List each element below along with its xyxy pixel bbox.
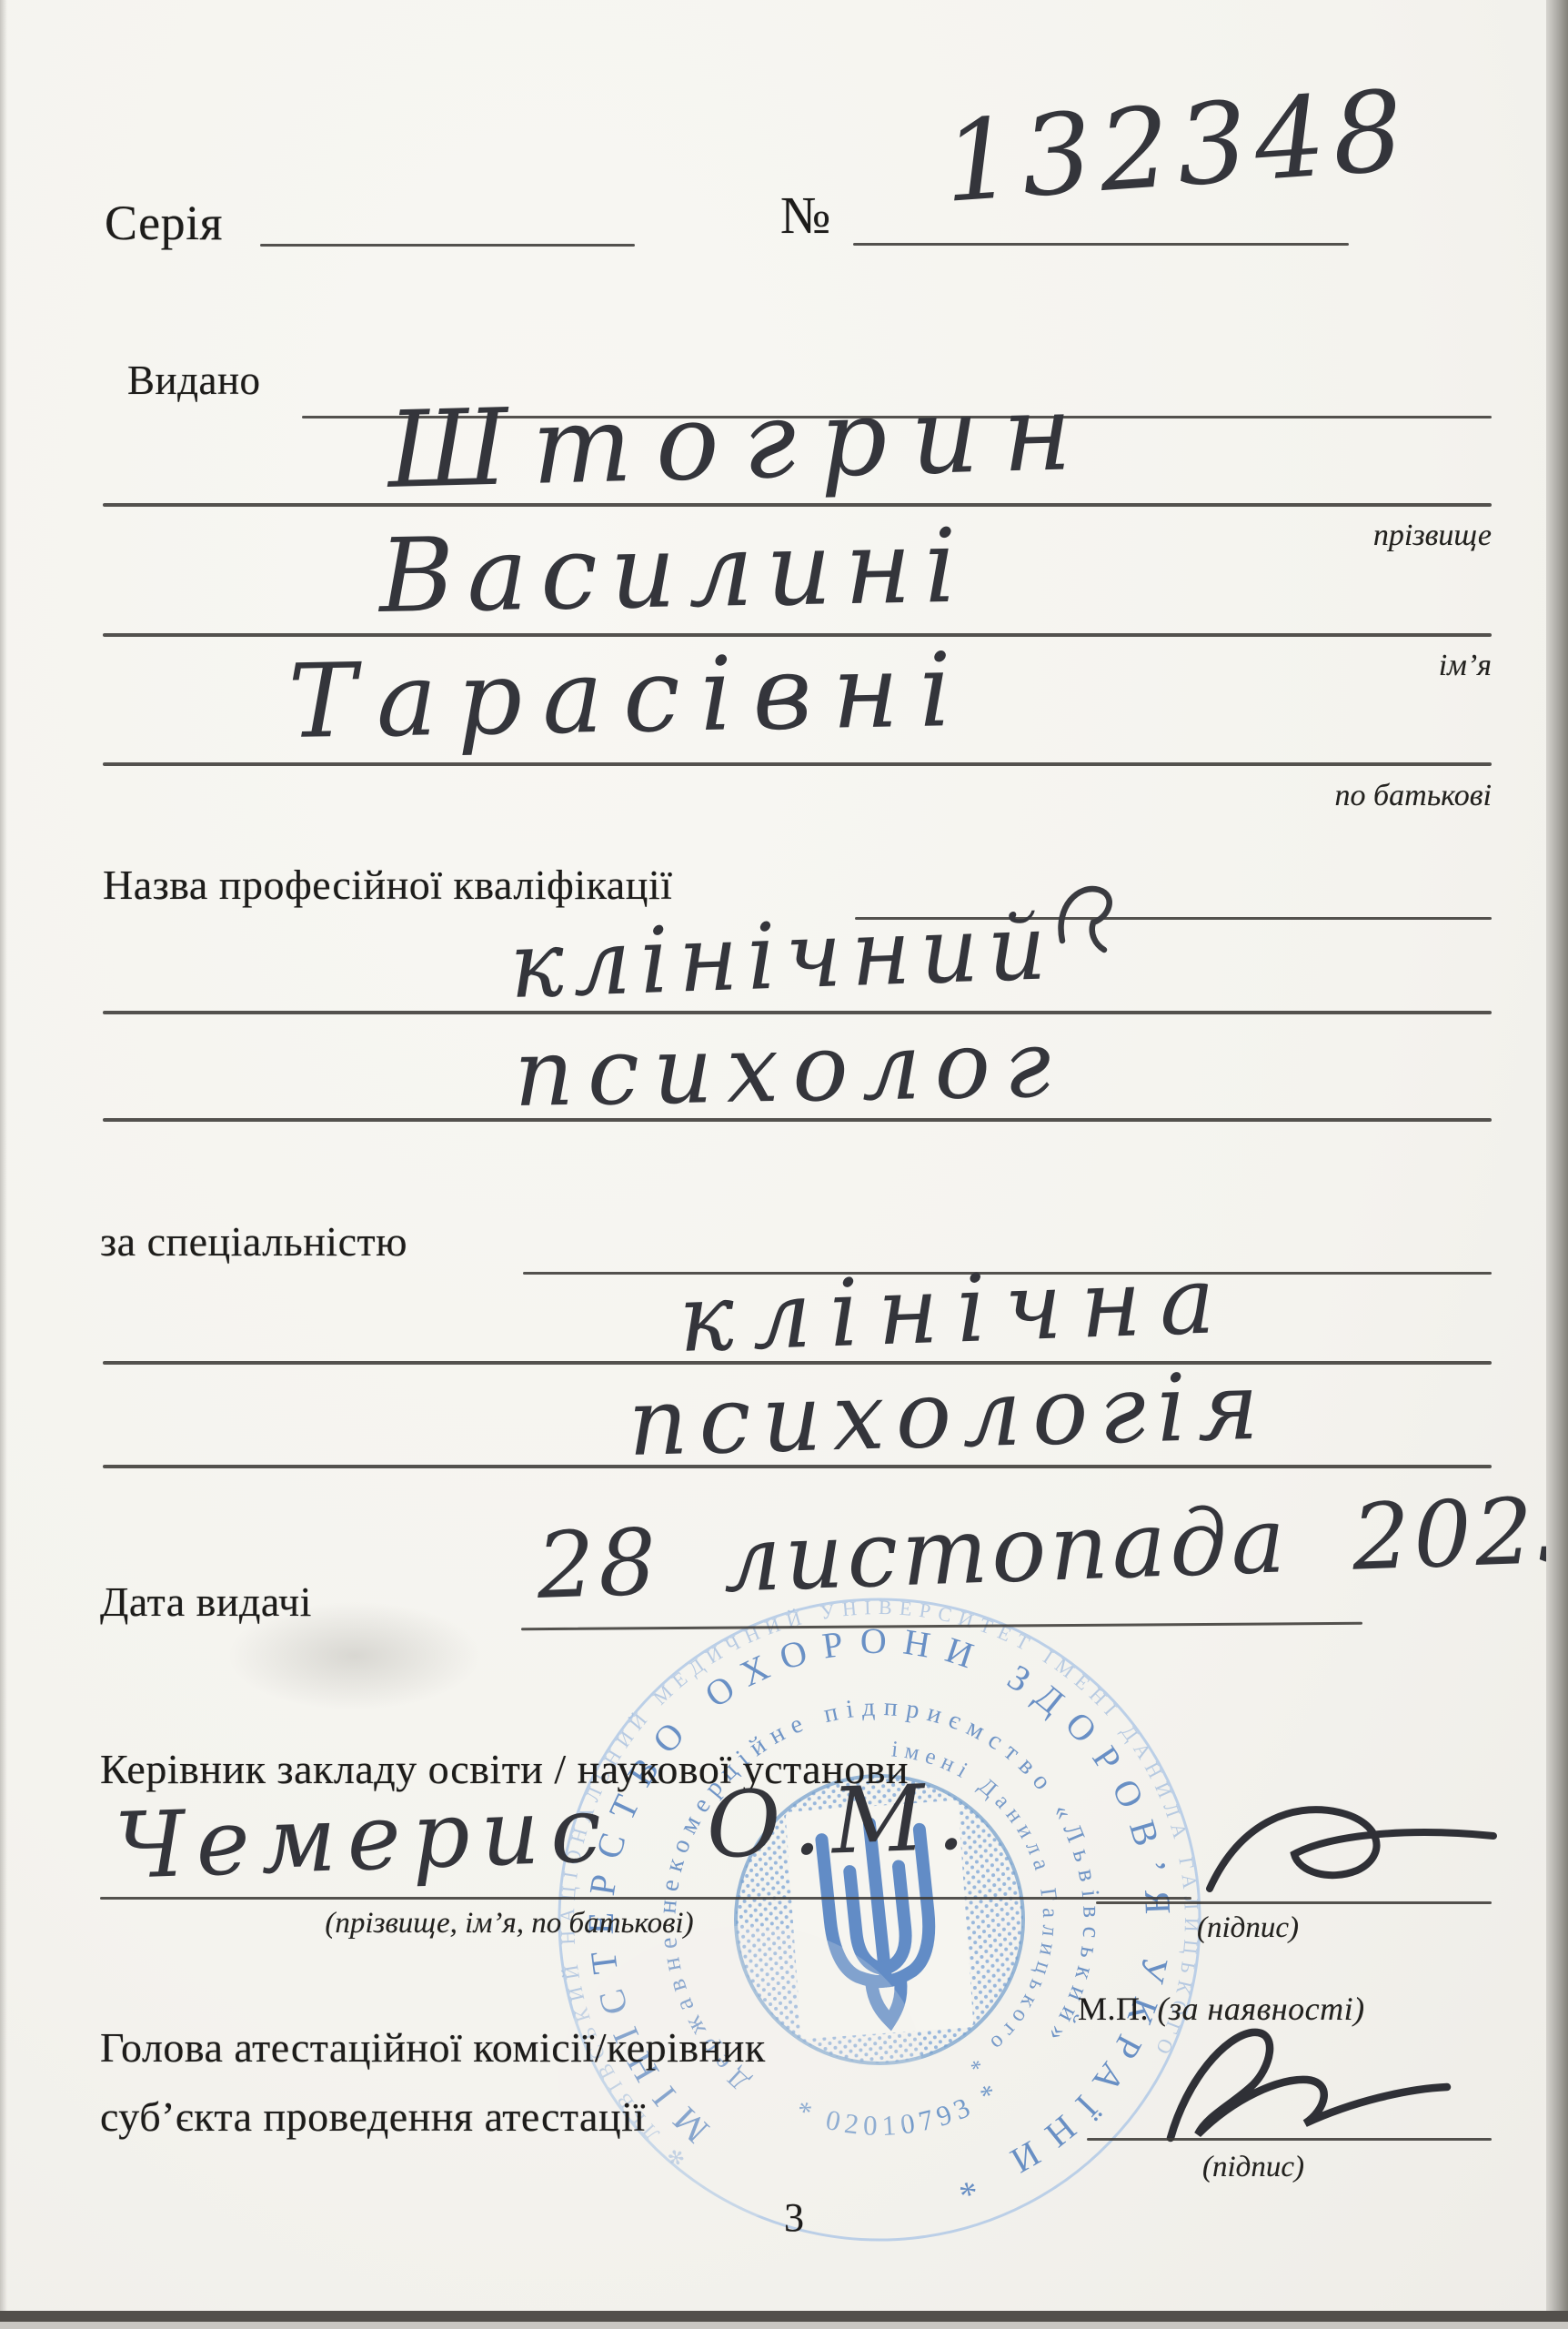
page-edge-bottom-dark xyxy=(0,2311,1568,2322)
specialty-label: за спеціальністю xyxy=(100,1221,407,1263)
qualification-line2-rule xyxy=(103,1118,1492,1122)
page-edge-bottom-light xyxy=(0,2322,1568,2329)
patronymic-handwritten: Тарасівні xyxy=(287,640,972,753)
specialty-line1-handwritten: клінічна xyxy=(677,1255,1234,1366)
surname-line xyxy=(103,503,1492,507)
institution-head-sign-hint: (підпис) xyxy=(1111,1913,1384,1943)
institution-head-signature-flourish xyxy=(1201,1800,1501,1909)
institution-head-name-line xyxy=(100,1897,1191,1900)
qualification-line1-rule xyxy=(103,1011,1492,1014)
seal-note: М.П. (за наявності) xyxy=(1078,1992,1365,2025)
surname-hint: прізвище xyxy=(1128,520,1492,551)
commission-head-sign-hint: (підпис) xyxy=(1117,2153,1390,2183)
given-name-hint: ім’я xyxy=(1128,650,1492,681)
certificate-page: ✻ ЛЬВІВСЬКИЙ НАЦІОНАЛЬНИЙ МЕДИЧНИЙ УНІВЕ… xyxy=(0,0,1568,2329)
issue-date-label: Дата видачі xyxy=(100,1581,312,1623)
number-underline xyxy=(853,243,1349,246)
given-name-handwritten: Василині xyxy=(378,516,970,628)
patronymic-line xyxy=(103,762,1492,766)
specialty-line2-rule xyxy=(103,1465,1492,1468)
seal-note-prefix: М.П. xyxy=(1078,1991,1149,2027)
specialty-line2-handwritten: психологія xyxy=(627,1361,1271,1470)
stray-ink-mark xyxy=(1046,875,1137,966)
issue-date-handwritten: 28 листопада 2025р. xyxy=(536,1481,1568,1612)
qualification-line2-handwritten: психолог xyxy=(513,1018,1065,1121)
series-underline xyxy=(260,244,635,247)
number-value-handwritten: 132348 xyxy=(940,75,1413,218)
page-number: 3 xyxy=(784,2198,805,2238)
institution-head-sign-line xyxy=(1096,1901,1492,1904)
issued-label: Видано xyxy=(127,360,261,401)
patronymic-hint: по батькові xyxy=(1128,781,1492,812)
qualification-label: Назва професійної кваліфікації xyxy=(103,864,672,906)
qualification-line1-handwritten: клінічний xyxy=(508,902,1057,1012)
series-label: Серія xyxy=(105,198,223,247)
number-label: № xyxy=(780,189,831,242)
commission-head-signature-flourish xyxy=(1141,2021,1460,2153)
commission-head-sign-line xyxy=(1087,2138,1492,2141)
commission-head-label-line1: Голова атестаційної комісії/керівник xyxy=(100,2027,766,2069)
surname-handwritten: Штогрин xyxy=(387,380,1097,504)
institution-head-name-hint: (прізвище, ім’я, по батькові) xyxy=(146,1909,873,1939)
commission-head-label-line2: суб’єкта проведення атестації xyxy=(100,2096,646,2138)
page-edge-right xyxy=(1546,0,1568,2329)
page-edge-left xyxy=(0,0,7,2329)
